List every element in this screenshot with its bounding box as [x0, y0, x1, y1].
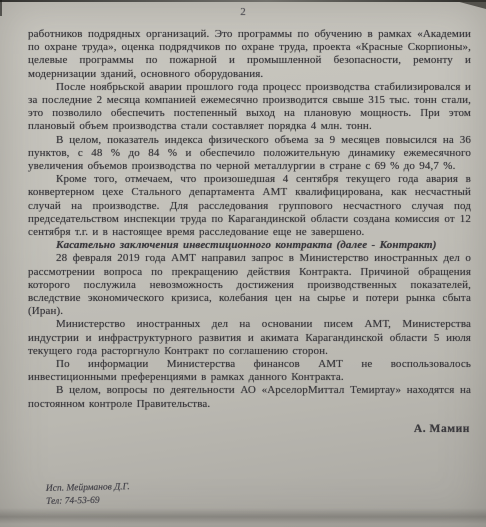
document-photo: 2 работников подрядных организаций. Это … [0, 0, 486, 527]
page-number: 2 [0, 6, 486, 18]
paragraph: По информации Министерства финансов АМТ … [28, 358, 471, 384]
paper-bottom-shadow [0, 508, 486, 524]
paragraph: Кроме того, отмечаем, что произошедшая 4… [28, 173, 471, 239]
paper-top-edge [0, 0, 486, 2]
executor-line: Исп. Мейрманов Д.Г. [46, 481, 130, 496]
paragraph: После ноябрьской аварии прошлого года пр… [28, 81, 471, 134]
section-heading: Касательно заключения инвестиционного ко… [28, 239, 471, 252]
document-footer: Исп. Мейрманов Д.Г. Тел: 74-53-69 [46, 481, 130, 509]
paragraph: работников подрядных организаций. Это пр… [28, 28, 471, 81]
paragraph: Министерство иностранных дел на основани… [28, 318, 471, 358]
paragraph: В целом, показатель индекса физического … [28, 134, 471, 174]
phone-line: Тел: 74-53-69 [46, 494, 130, 509]
paragraph: В целом, вопросы по деятельности АО «Арс… [28, 384, 471, 410]
paragraph: 28 февраля 2019 года АМТ направил запрос… [28, 252, 471, 318]
signature-name: А. Мамин [414, 423, 470, 435]
document-body: работников подрядных организаций. Это пр… [28, 28, 471, 411]
